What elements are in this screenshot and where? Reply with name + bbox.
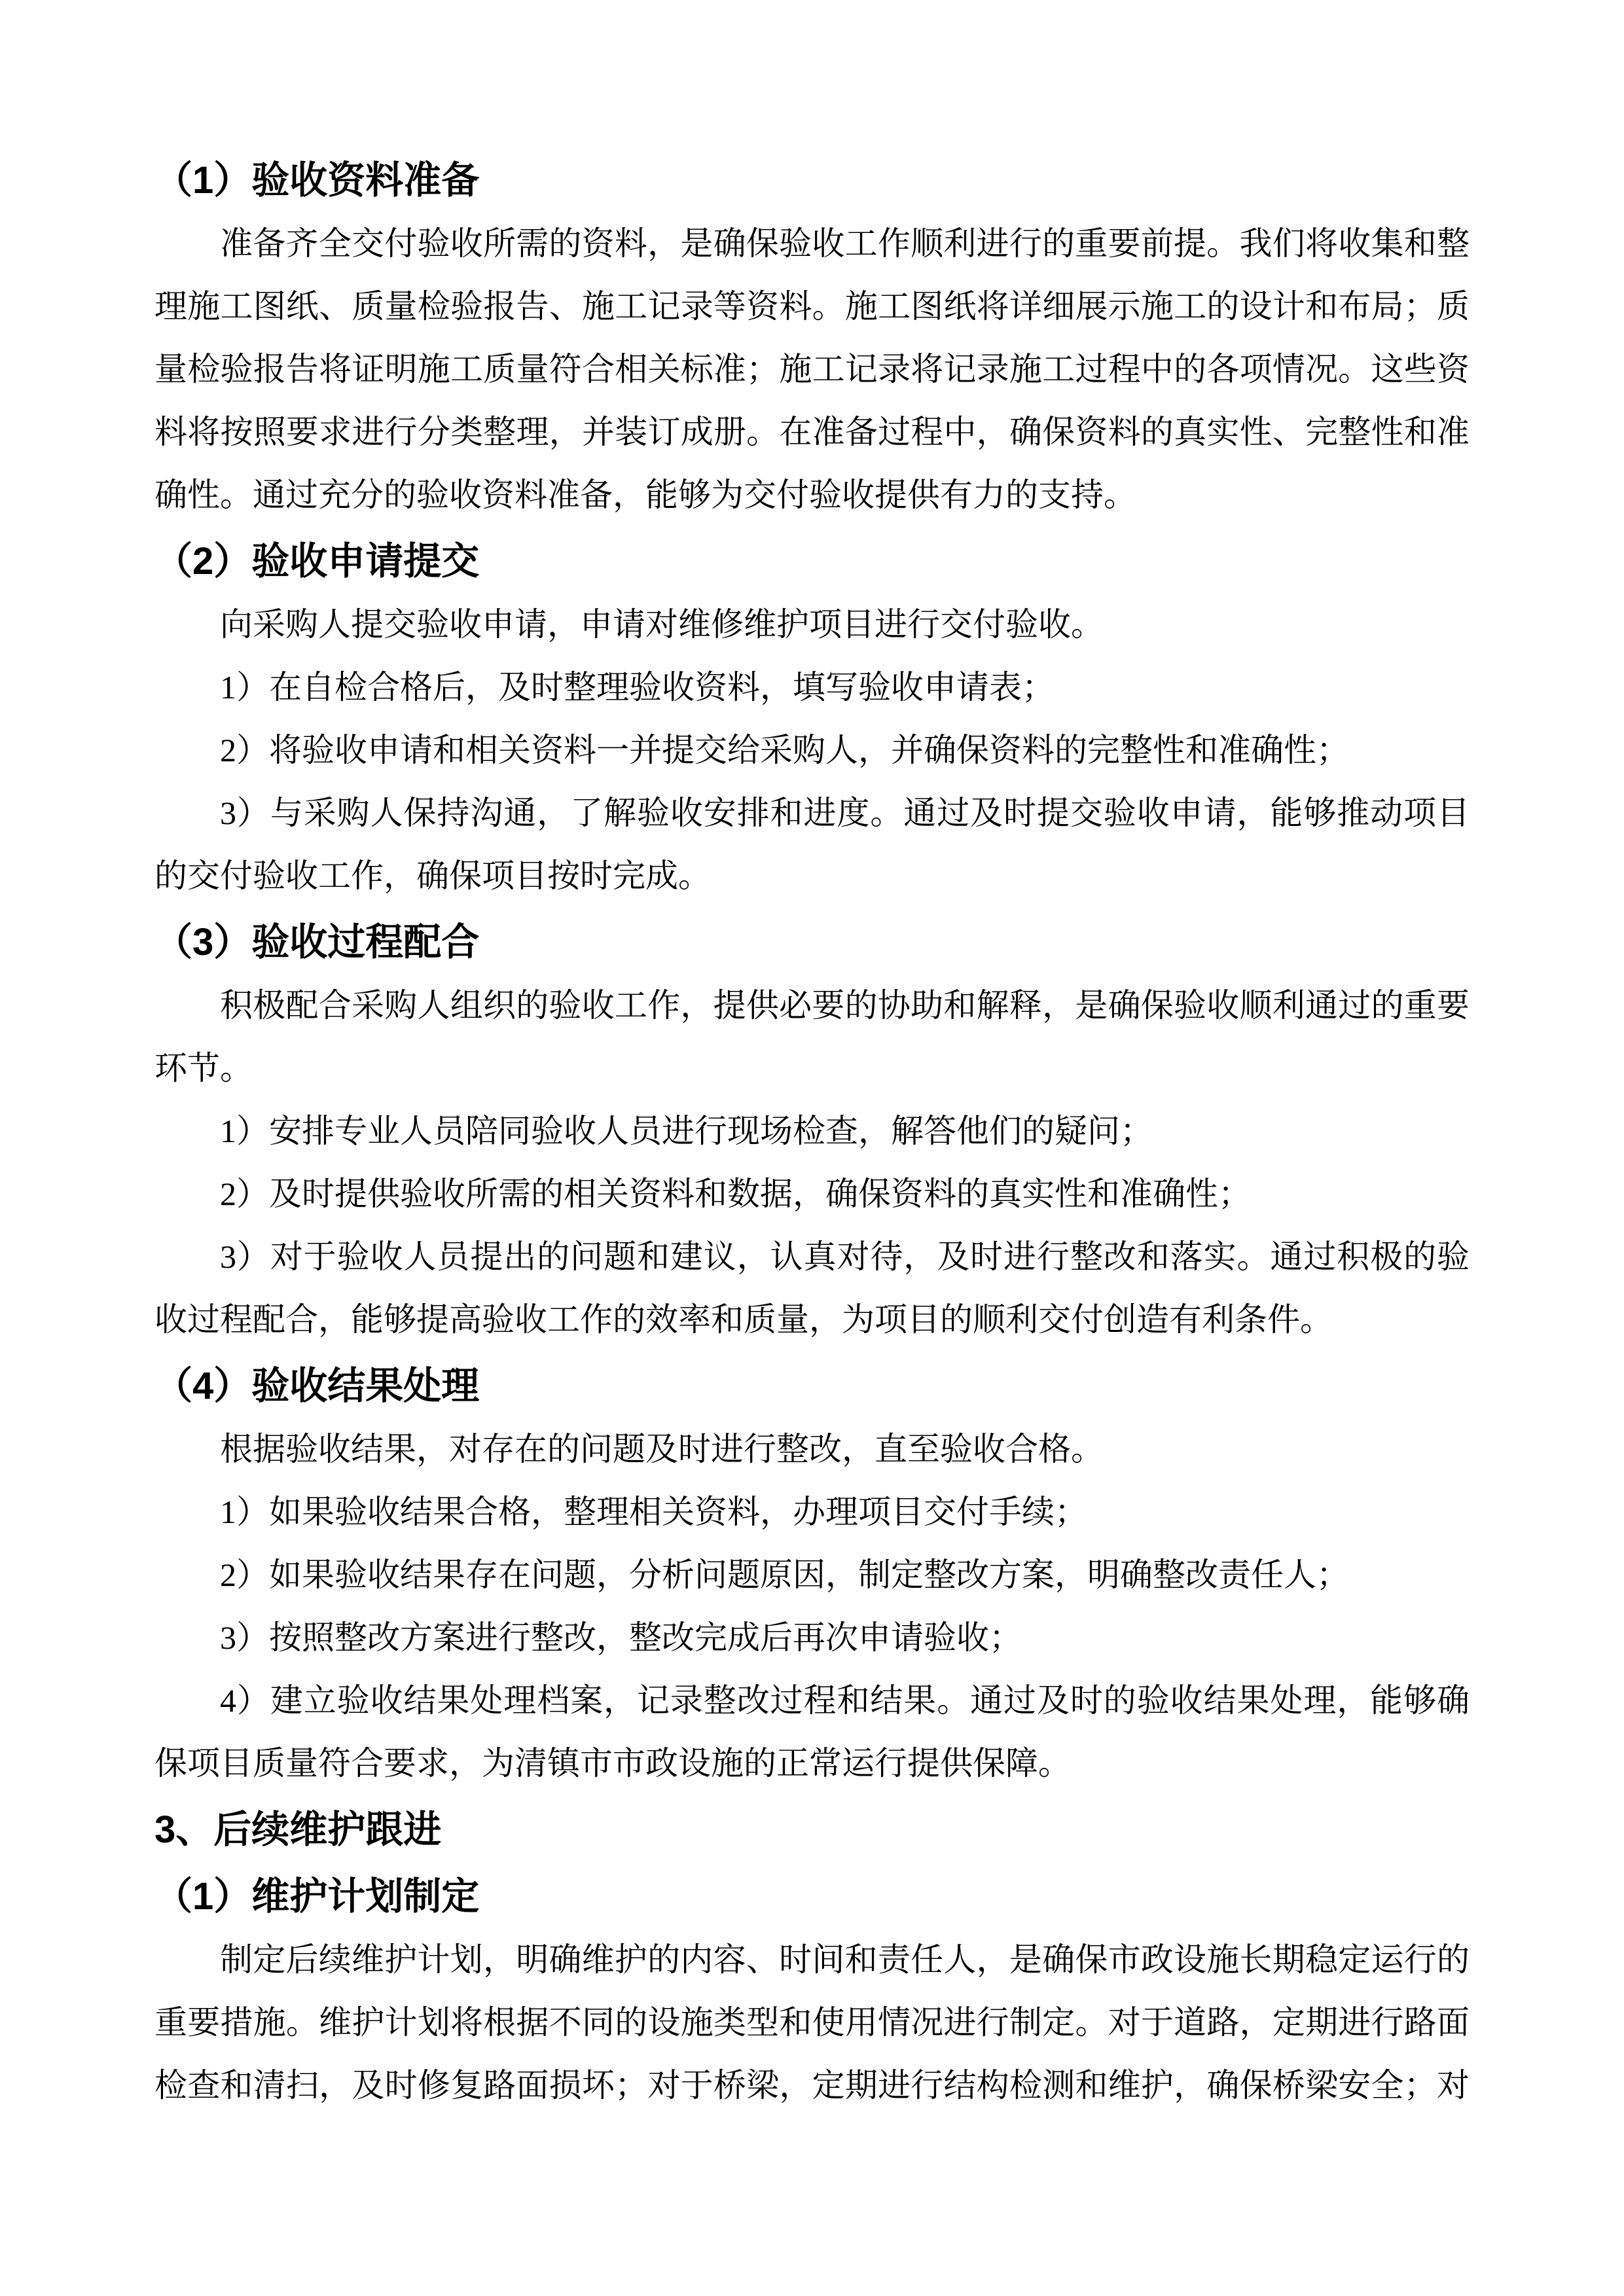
paragraph-line: 理施工图纸、质量检验报告、施工记录等资料。施工图纸将详细展示施工的设计和布局；质	[154, 275, 1470, 338]
paragraph-line: 准备齐全交付验收所需的资料，是确保验收工作顺利进行的重要前提。我们将收集和整	[154, 212, 1470, 275]
heading-acceptance-application-submission: （2）验收申请提交	[154, 530, 1470, 593]
heading-acceptance-process-cooperation: （3）验收过程配合	[154, 911, 1470, 974]
list-item-line: 1）在自检合格后，及时整理验收资料，填写验收申请表；	[154, 656, 1470, 719]
paragraph-line: 确性。通过充分的验收资料准备，能够为交付验收提供有力的支持。	[154, 463, 1470, 526]
list-item-line: 3）对于验收人员提出的问题和建议，认真对待，及时进行整改和落实。通过积极的验	[154, 1225, 1470, 1288]
paragraph-line: 环节。	[154, 1037, 1470, 1100]
paragraph-line: 收过程配合，能够提高验收工作的效率和质量，为项目的顺利交付创造有利条件。	[154, 1288, 1470, 1351]
list-item-line: 3）按照整改方案进行整改，整改完成后再次申请验收；	[154, 1606, 1470, 1669]
list-item-line: 3）与采购人保持沟通，了解验收安排和进度。通过及时提交验收申请，能够推动项目	[154, 781, 1470, 844]
heading-follow-up-maintenance: 3、后续维护跟进	[154, 1799, 1470, 1861]
paragraph-line: 重要措施。维护计划将根据不同的设施类型和使用情况进行制定。对于道路，定期进行路面	[154, 1991, 1470, 2054]
paragraph-line: 根据验收结果，对存在的问题及时进行整改，直至验收合格。	[154, 1418, 1470, 1480]
document-content: （1）验收资料准备 准备齐全交付验收所需的资料，是确保验收工作顺利进行的重要前提…	[0, 0, 1624, 2117]
list-item-line: 1）如果验收结果合格，整理相关资料，办理项目交付手续；	[154, 1480, 1470, 1543]
list-item-line: 2）如果验收结果存在问题，分析问题原因，制定整改方案，明确整改责任人；	[154, 1543, 1470, 1606]
paragraph-line: 向采购人提交验收申请，申请对维修维护项目进行交付验收。	[154, 593, 1470, 656]
paragraph-line: 积极配合采购人组织的验收工作，提供必要的协助和解释，是确保验收顺利通过的重要	[154, 974, 1470, 1037]
paragraph-line: 保项目质量符合要求，为清镇市市政设施的正常运行提供保障。	[154, 1732, 1470, 1795]
list-item-line: 1）安排专业人员陪同验收人员进行现场检查，解答他们的疑问；	[154, 1100, 1470, 1162]
paragraph-line: 量检验报告将证明施工质量符合相关标准；施工记录将记录施工过程中的各项情况。这些资	[154, 338, 1470, 401]
list-item-line: 2）将验收申请和相关资料一并提交给采购人，并确保资料的完整性和准确性；	[154, 719, 1470, 781]
list-item-line: 2）及时提供验收所需的相关资料和数据，确保资料的真实性和准确性；	[154, 1162, 1470, 1225]
heading-acceptance-result-handling: （4）验收结果处理	[154, 1355, 1470, 1418]
document-page: （1）验收资料准备 准备齐全交付验收所需的资料，是确保验收工作顺利进行的重要前提…	[0, 0, 1624, 2296]
heading-acceptance-materials-preparation: （1）验收资料准备	[154, 149, 1470, 212]
paragraph-line: 料将按照要求进行分类整理，并装订成册。在准备过程中，确保资料的真实性、完整性和准	[154, 401, 1470, 463]
paragraph-line: 的交付验收工作，确保项目按时完成。	[154, 844, 1470, 907]
paragraph-line: 检查和清扫，及时修复路面损坏；对于桥梁，定期进行结构检测和维护，确保桥梁安全；对	[154, 2054, 1470, 2117]
list-item-line: 4）建立验收结果处理档案，记录整改过程和结果。通过及时的验收结果处理，能够确	[154, 1669, 1470, 1732]
heading-maintenance-plan-formulation: （1）维护计划制定	[154, 1865, 1470, 1928]
paragraph-line: 制定后续维护计划，明确维护的内容、时间和责任人，是确保市政设施长期稳定运行的	[154, 1928, 1470, 1991]
